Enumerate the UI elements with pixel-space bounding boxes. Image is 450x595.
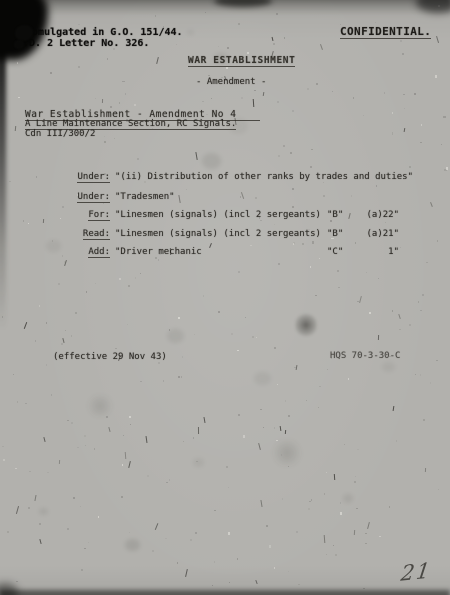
scanned-document-page: Promulgated in G.O. 151/44. M.D. 2 Lette…	[0, 0, 450, 595]
subject-line-3: Cdn III/300/2	[25, 129, 95, 139]
clause-text: "Tradesmen"	[115, 192, 175, 202]
count-cell: (a)22"	[355, 210, 399, 220]
trade-group-cell: "B"	[327, 210, 343, 220]
amendment-text: "Linesmen (signals) (incl 2 sergeants)	[115, 229, 321, 239]
scan-noise-layer	[0, 0, 450, 595]
promulgation-stamp-line-1: Promulgated in G.O. 151/44.	[20, 27, 183, 38]
count-cell: 1"	[355, 247, 399, 257]
subject-line-2: A Line Maintenance Section, RC Signals.	[25, 119, 236, 129]
promulgation-stamp-line-2: M.D. 2 Letter No. 326.	[17, 38, 149, 49]
classification-marking: CONFIDENTIAL.	[340, 25, 431, 38]
scan-edge-top	[0, 0, 450, 15]
clause-label: Under:	[77, 172, 110, 183]
stain-faint	[85, 395, 115, 417]
clause-label: Under:	[77, 192, 110, 203]
file-reference: HQS 70-3-30-C	[330, 351, 400, 361]
scan-corner-top-right	[416, 0, 450, 13]
clause-text: "(ii) Distribution of other ranks by tra…	[115, 172, 413, 182]
classification-text: CONFIDENTIAL.	[340, 25, 431, 39]
scan-blot-top-center	[214, 0, 272, 7]
amendment-text: "Linesmen (signals) (incl 2 sergeants)	[115, 210, 321, 220]
amendment-label: Read:	[83, 229, 110, 240]
scan-corner-bottom-left	[0, 583, 18, 595]
stain-faint	[270, 440, 304, 466]
amendment-label: For:	[88, 210, 110, 221]
amendment-label: Add:	[88, 247, 110, 258]
document-title: WAR ESTABLISHMENT	[188, 55, 295, 66]
amendment-text: "Driver mechanic	[115, 247, 202, 257]
document-subtitle: - Amendment -	[196, 77, 266, 87]
scan-edge-bottom	[0, 590, 450, 595]
stain-smudge	[295, 312, 317, 338]
effective-date: (effective 29 Nov 43)	[53, 352, 167, 362]
trade-group-cell: "C"	[327, 247, 343, 257]
trade-group-cell: "B"	[327, 229, 343, 239]
handwritten-page-number: 21	[399, 558, 433, 586]
count-cell: (a)21"	[355, 229, 399, 239]
scan-edge-left	[0, 0, 6, 330]
